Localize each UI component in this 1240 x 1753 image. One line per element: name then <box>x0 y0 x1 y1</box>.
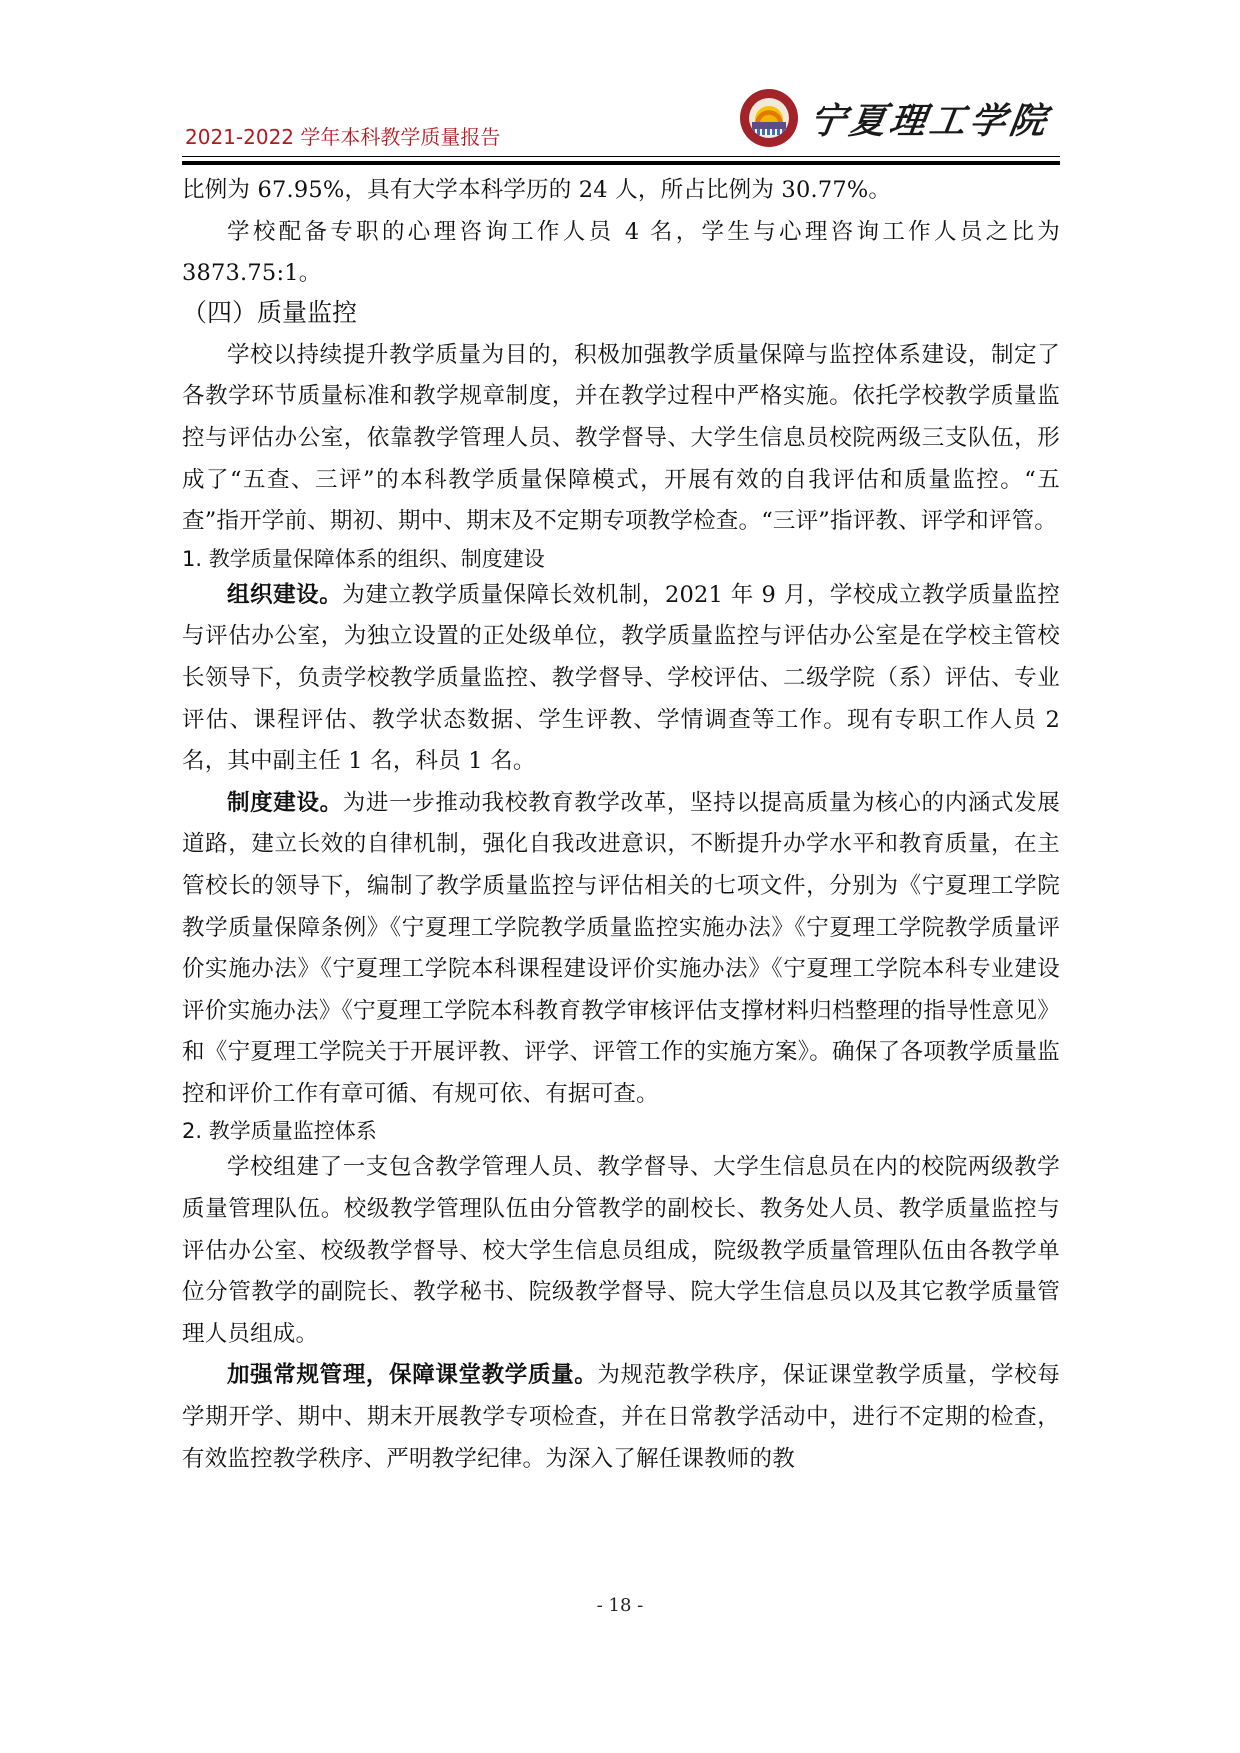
paragraph: 制度建设。为进一步推动我校教育教学改革，坚持以提高质量为核心的内涵式发展道路，建… <box>182 783 1060 1116</box>
subsection-heading: 2. 教学质量监控体系 <box>182 1115 1060 1147</box>
document-body: 比例为 67.95%，具有大学本科学历的 24 人，所占比例为 30.77%。 … <box>182 170 1060 1480</box>
page-number: - 18 - <box>0 1595 1240 1616</box>
paragraph-lead: 组织建设。 <box>227 582 342 608</box>
paragraph: 学校以持续提升教学质量为目的，积极加强教学质量保障与监控体系建设，制定了各教学环… <box>182 335 1060 543</box>
paragraph-text: 为建立教学质量保障长效机制，2021 年 9 月，学校成立教学质量监控与评估办公… <box>182 582 1060 774</box>
school-logo: 宁夏理工学院 <box>740 86 1050 150</box>
paragraph: 学校组建了一支包含教学管理人员、教学督导、大学生信息员在内的校院两级教学质量管理… <box>182 1147 1060 1355</box>
paragraph-lead: 加强常规管理，保障课堂教学质量。 <box>227 1362 597 1388</box>
school-name-calligraphy: 宁夏理工学院 <box>806 93 1053 144</box>
paragraph-lead: 制度建设。 <box>227 790 343 816</box>
paragraph: 比例为 67.95%，具有大学本科学历的 24 人，所占比例为 30.77%。 <box>182 170 1060 212</box>
paragraph: 组织建设。为建立教学质量保障长效机制，2021 年 9 月，学校成立教学质量监控… <box>182 575 1060 783</box>
page-header: 2021-2022 学年本科教学质量报告 宁夏理工学院 <box>182 82 1060 160</box>
paragraph: 学校配备专职的心理咨询工作人员 4 名，学生与心理咨询工作人员之比为 3873.… <box>182 212 1060 295</box>
header-divider-thin <box>182 156 1060 157</box>
section-heading: （四）质量监控 <box>182 295 1060 335</box>
header-divider-thick <box>182 161 1060 165</box>
subsection-heading: 1. 教学质量保障体系的组织、制度建设 <box>182 543 1060 575</box>
paragraph: 加强常规管理，保障课堂教学质量。为规范教学秩序，保证课堂教学质量，学校每学期开学… <box>182 1355 1060 1480</box>
school-seal-icon <box>740 89 798 147</box>
paragraph-text: 为进一步推动我校教育教学改革，坚持以提高质量为核心的内涵式发展道路，建立长效的自… <box>182 790 1060 1107</box>
report-title: 2021-2022 学年本科教学质量报告 <box>185 121 500 150</box>
